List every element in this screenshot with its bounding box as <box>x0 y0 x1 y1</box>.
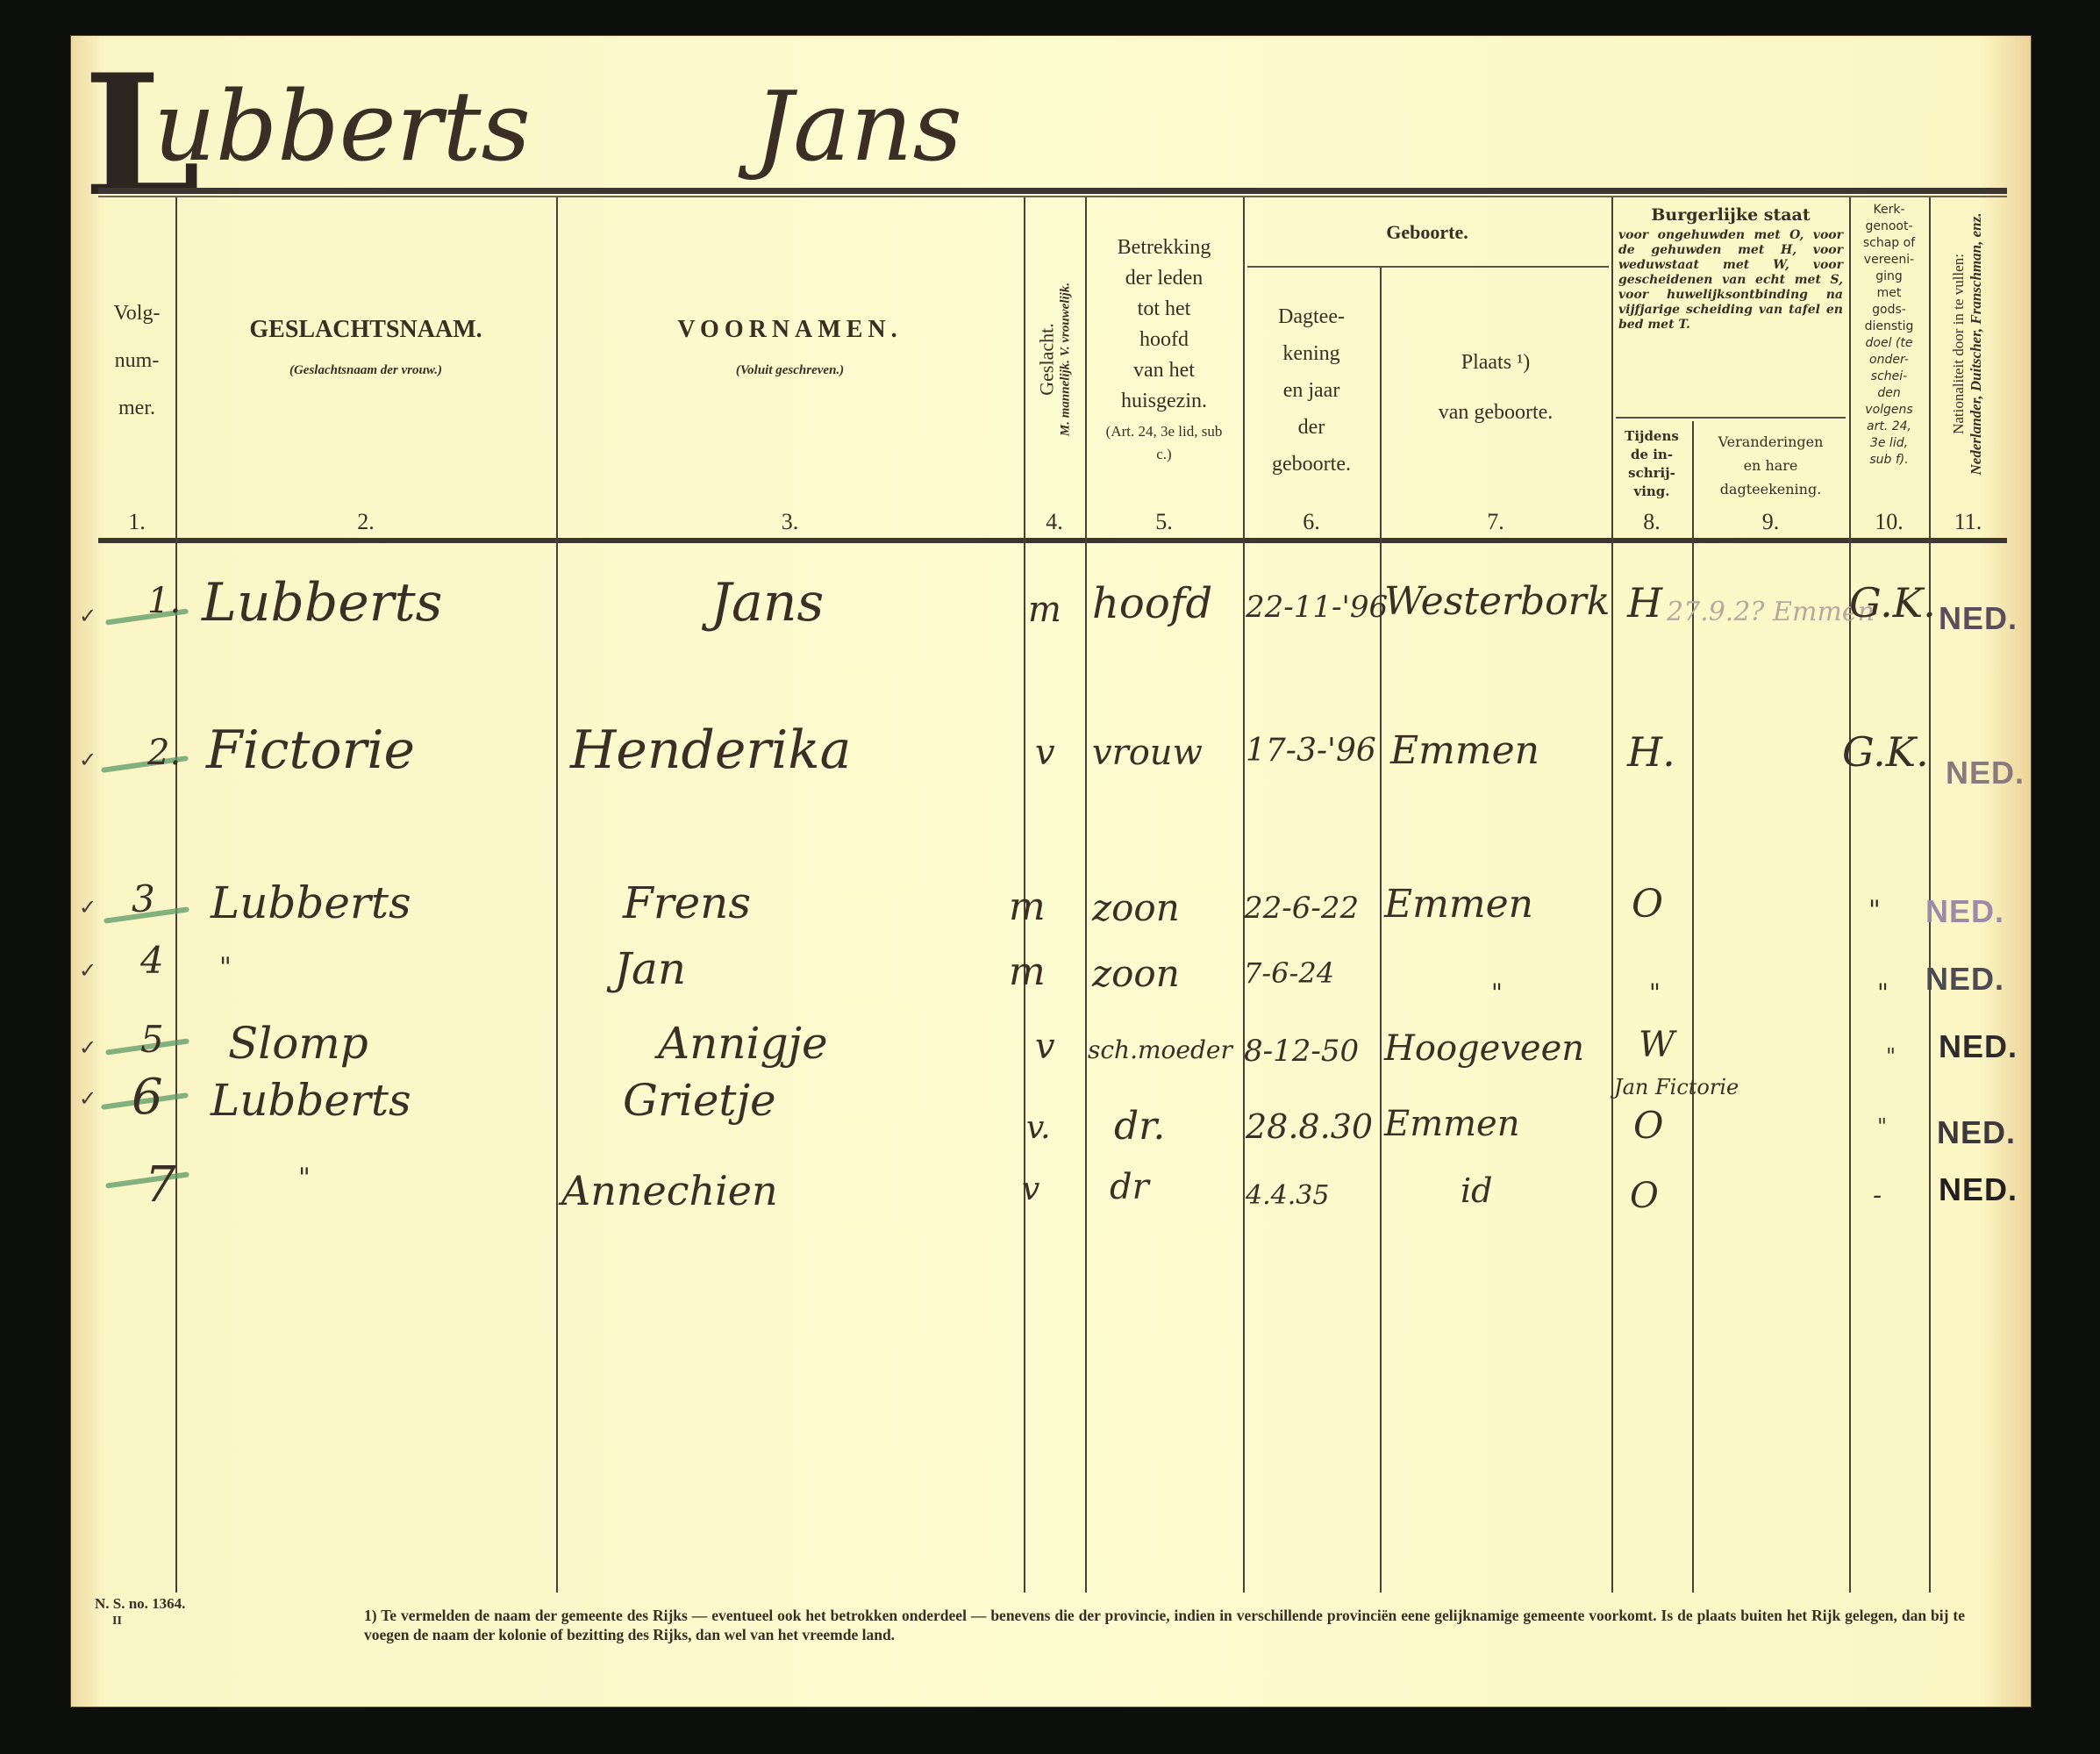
row-2-relation: vrouw <box>1092 733 1203 773</box>
row-2-birth-date: 17-3-'96 <box>1246 733 1376 769</box>
row-6-surname: Lubberts <box>211 1075 411 1126</box>
row-3-relation: zoon <box>1092 886 1180 929</box>
row-5-surname: Slomp <box>228 1018 368 1069</box>
col-number-2: 2. <box>175 509 556 535</box>
row-1-birth-place: Westerbork <box>1384 579 1610 624</box>
row-5-nationality-stamp: NED. <box>1939 1028 2018 1065</box>
col-divider <box>556 197 558 1593</box>
row-5-number: 5 <box>140 1018 164 1061</box>
row-4-sex: m <box>1009 949 1046 994</box>
row-1-status: H <box>1627 579 1662 626</box>
row-2-nationality-stamp: NED. <box>1946 755 2025 791</box>
header-geslachtsnaam: GESLACHTSNAAM. (Geslachtsnaam der vrouw.… <box>175 316 556 378</box>
row-1-relation: hoofd <box>1092 579 1212 628</box>
row-7-given-name: Annechien <box>561 1167 778 1214</box>
header-burgerlijke-staat: Burgerlijke staat voor ongehuwden met O,… <box>1618 205 1843 333</box>
footnote: 1) Te vermelden de naam der gemeente des… <box>364 1606 1965 1644</box>
row-7-church: - <box>1873 1180 1882 1211</box>
header-voornamen: VOORNAMEN. (Voluit geschreven.) <box>556 316 1024 378</box>
row-4-birth-date: 7-6-24 <box>1244 956 1334 990</box>
row-1-nationality-stamp: NED. <box>1939 600 2018 637</box>
col-number-11: 11. <box>1929 509 2007 535</box>
row-7-sex: v <box>1022 1171 1039 1207</box>
row-1-number: 1. <box>147 581 181 621</box>
form-sub-code: II <box>112 1614 122 1629</box>
row-6-birth-date: 28.8.30 <box>1246 1107 1373 1146</box>
row-6-relation: dr. <box>1114 1104 1165 1149</box>
row-5-given-name: Annigje <box>658 1018 828 1069</box>
row-7-relation: dr <box>1110 1167 1149 1207</box>
row-7-nationality-stamp: NED. <box>1939 1171 2018 1208</box>
row-5-relation: sch.moeder <box>1088 1035 1232 1064</box>
col-number-1: 1. <box>98 509 175 535</box>
row-4-number: 4 <box>140 939 164 982</box>
geboorte-subrule <box>1247 266 1609 268</box>
row-4-status: " <box>1649 978 1661 1007</box>
check-mark-icon: ✓ <box>79 748 96 772</box>
row-7-birth-place: id <box>1461 1171 1492 1210</box>
row-5-sex: v <box>1035 1027 1055 1067</box>
check-mark-icon: ✓ <box>79 958 96 983</box>
col-number-6: 6. <box>1243 509 1380 535</box>
row-1-sex: m <box>1028 590 1061 630</box>
col-number-8: 8. <box>1611 509 1692 535</box>
row-3-birth-place: Emmen <box>1384 882 1533 927</box>
header-volgnummer: Volg-num-mer. <box>98 290 175 432</box>
row-6-given-name: Grietje <box>623 1075 776 1126</box>
row-5-birth-date: 8-12-50 <box>1244 1034 1359 1069</box>
col-number-7: 7. <box>1380 509 1611 535</box>
row-5-status: W <box>1639 1025 1675 1065</box>
header-dagteekening: Dagtee-keningen jaardergeboorte. <box>1243 298 1380 483</box>
row-2-sex: v <box>1035 733 1055 773</box>
row-4-surname: " <box>219 952 232 983</box>
row-7-birth-date: 4.4.35 <box>1246 1180 1329 1211</box>
col-number-5: 5. <box>1085 509 1243 535</box>
row-6-status: O <box>1633 1104 1663 1147</box>
row-2-surname: Fictorie <box>206 719 415 781</box>
check-mark-icon: ✓ <box>79 1035 96 1060</box>
header-kerkgenootschap: Kerk-genoot-schap ofvereeni-gingmetgods-… <box>1849 202 1929 469</box>
title-surname: ubberts <box>154 70 531 183</box>
col-number-9: 9. <box>1692 509 1849 535</box>
row-4-church: " <box>1877 978 1889 1007</box>
row-6-number: 6 <box>132 1069 163 1126</box>
row-5-birth-place: Hoogeveen <box>1384 1028 1584 1069</box>
row-7-surname: " <box>298 1163 311 1193</box>
row-3-surname: Lubberts <box>211 877 411 928</box>
top-rule-thin <box>98 196 2007 197</box>
row-1-birth-date: 22-11-'96 <box>1246 590 1388 625</box>
row-3-birth-date: 22-6-22 <box>1244 891 1359 926</box>
row-6-sex: v. <box>1026 1110 1051 1146</box>
row-3-sex: m <box>1009 884 1046 929</box>
row-2-number: 2. <box>147 733 181 773</box>
row-3-given-name: Frens <box>623 877 751 928</box>
col-number-3: 3. <box>556 509 1024 535</box>
row-1-change: 27.9.2? Emmen <box>1667 597 1875 627</box>
row-3-church: " <box>1868 895 1881 926</box>
check-mark-icon: ✓ <box>79 895 96 920</box>
col-divider <box>175 197 177 1593</box>
header-nationaliteit: Nationaliteit door in te vullen: Nederla… <box>1950 190 1985 498</box>
check-mark-icon: ✓ <box>79 604 96 628</box>
col-divider <box>1611 197 1613 1593</box>
row-6-birth-place: Emmen <box>1384 1104 1520 1144</box>
row-7-status: O <box>1630 1176 1659 1216</box>
row-3-nationality-stamp: NED. <box>1925 893 2004 930</box>
header-betrekking: Betrekkingder ledentot hethoofdvan hethu… <box>1085 233 1243 466</box>
row-4-given-name: Jan <box>614 943 686 994</box>
header-tijdens-inschrijving: Tijdensde in-schrij-ving. <box>1611 427 1692 501</box>
row-5-church: " <box>1886 1044 1896 1069</box>
row-1-church: G.K. <box>1849 579 1936 626</box>
row-6-nationality-stamp: NED. <box>1937 1114 2016 1151</box>
check-mark-icon: ✓ <box>79 1086 96 1111</box>
col-number-4: 4. <box>1024 509 1085 535</box>
row-1-surname: Lubberts <box>202 572 442 634</box>
row-5-annotation: Jan Fictorie <box>1614 1075 1739 1099</box>
row-2-birth-place: Emmen <box>1390 728 1539 773</box>
row-7-number: 7 <box>145 1156 176 1213</box>
row-4-birth-place: " <box>1491 978 1503 1007</box>
row-2-church: G.K. <box>1842 728 1929 776</box>
row-2-given-name: Henderika <box>570 719 851 781</box>
row-3-number: 3 <box>132 877 155 920</box>
header-plaats: Plaats ¹) van geboorte. <box>1380 351 1611 425</box>
burgerlijke-subrule <box>1616 417 1846 419</box>
header-bottom-rule <box>98 538 2007 543</box>
header-veranderingen: Veranderingenen haredagteekening. <box>1692 430 1849 501</box>
top-rule <box>98 188 2007 194</box>
header-geboorte: Geboorte. <box>1243 221 1611 244</box>
row-4-nationality-stamp: NED. <box>1925 961 2004 998</box>
row-6-church: " <box>1877 1114 1887 1139</box>
row-1-given-name: Jans <box>711 572 824 634</box>
header-geslacht: Geslacht. M. mannelijk. V. vrouwelijk. <box>1036 228 1074 491</box>
col-number-10: 10. <box>1849 509 1929 535</box>
col-divider <box>1380 268 1382 1593</box>
title-first-name: Jans <box>754 70 962 183</box>
row-4-relation: zoon <box>1092 952 1180 995</box>
form-code: N. S. no. 1364. <box>95 1595 185 1613</box>
row-2-status: H. <box>1627 728 1675 776</box>
row-3-status: O <box>1632 882 1663 927</box>
